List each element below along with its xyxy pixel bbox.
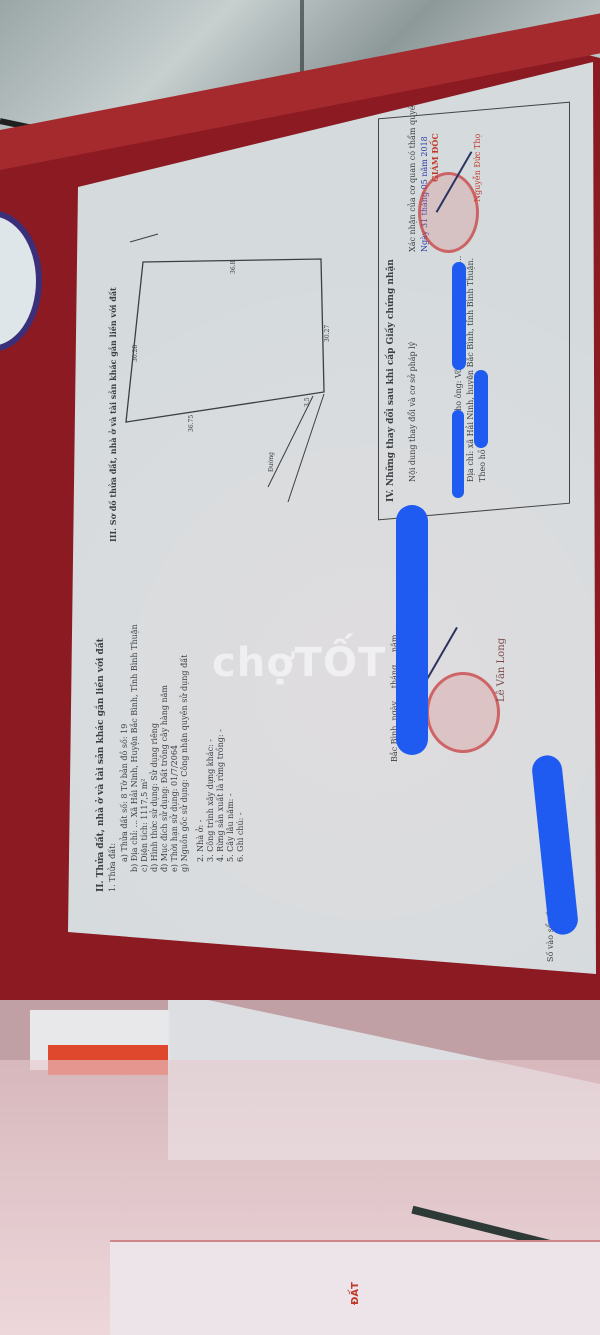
section-ii-line: a) Thửa đất số: 8 Tờ bản đồ số: 19 xyxy=(120,724,129,862)
edge-label: 30.28 xyxy=(132,345,139,362)
section-ii-line: đ) Mục đích sử dụng: Đất trồng cây hàng … xyxy=(160,685,169,872)
district-seal xyxy=(426,672,500,753)
redaction-mark xyxy=(452,262,466,370)
section-iv-title: IV. Những thay đổi sau khi cấp Giấy chứn… xyxy=(386,259,396,502)
road-label: Đường xyxy=(268,452,275,472)
col-confirm-header: Xác nhận của cơ quan có thẩm quyền xyxy=(408,100,417,252)
redaction-mark xyxy=(474,370,488,448)
section-ii-line: g) Nguồn gốc sử dụng: Công nhận quyền sử… xyxy=(180,655,189,872)
certificate-page: II. Thửa đất, nhà ở và tài sản khác gắn … xyxy=(68,62,598,977)
col-change-header: Nội dung thay đổi và cơ sở pháp lý xyxy=(408,342,417,482)
section-ii-subtitle: 1. Thửa đất: xyxy=(108,843,117,892)
official-seal xyxy=(418,172,479,253)
section-ii-title: II. Thửa đất, nhà ở và tài sản khác gắn … xyxy=(96,638,106,892)
section-ii-line: 2. Nhà ở: - xyxy=(196,820,205,862)
edge-label: 30.27 xyxy=(324,325,331,342)
edge-label: 36.75 xyxy=(188,415,195,432)
section-ii-line: b) Địa chỉ: ... Xã Hải Ninh, Huyện Bắc B… xyxy=(130,624,139,872)
section-ii-line: 3. Công trình xây dựng khác: - xyxy=(206,739,215,862)
section-ii-line: 6. Ghi chú: - xyxy=(236,812,245,862)
edge-label: 3.5 xyxy=(304,397,311,407)
section-ii-line: e) Thời hạn sử dụng: 01/7/2064 xyxy=(170,745,179,872)
edge-label: 36.8 xyxy=(230,261,237,274)
redaction-mark xyxy=(452,410,464,498)
signer-name: Lê Văn Long xyxy=(496,638,507,702)
section-iii-title: III. Sơ đồ thửa đất, nhà ở và tài sản kh… xyxy=(108,287,118,542)
section-ii-line: d) Hình thức sử dụng: Sử dụng riêng xyxy=(150,723,159,872)
section-ii-line: 5. Cây lâu năm: - xyxy=(226,793,235,862)
section-ii-line: c) Diện tích: 1117,5 m² xyxy=(140,778,149,872)
chotot-watermark: chợTỐT xyxy=(212,640,386,686)
redaction-mark xyxy=(396,505,428,755)
section-ii-line: 4. Rừng sản xuất là rừng trồng: - xyxy=(216,729,225,862)
land-plot-diagram xyxy=(118,212,338,512)
certificate-cover-label: ĐẤT xyxy=(350,1282,361,1305)
